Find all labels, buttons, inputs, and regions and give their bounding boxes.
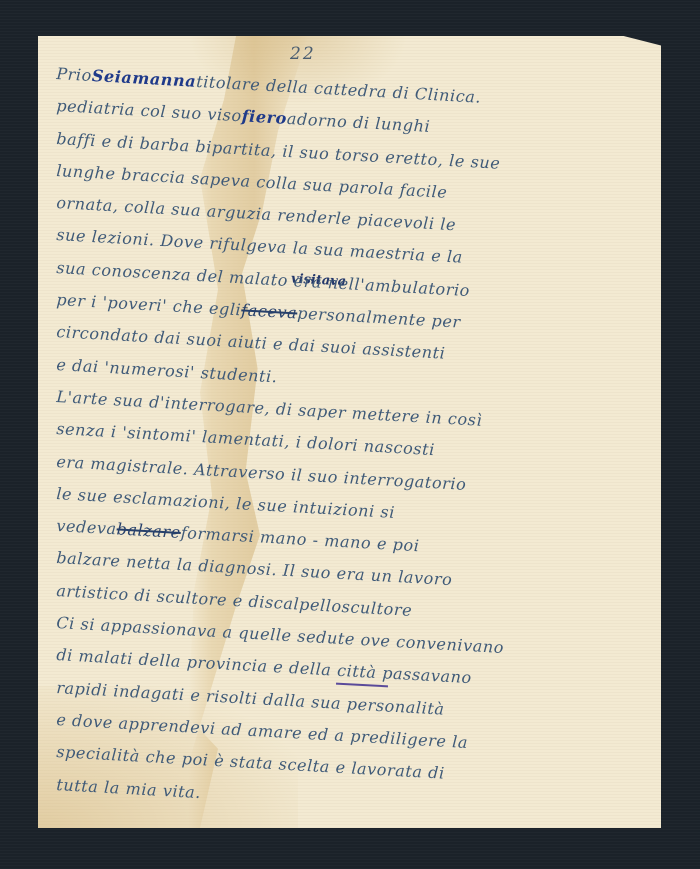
inserted-word: fiero <box>241 107 287 128</box>
line-text: scultore <box>341 597 413 620</box>
line-text: vedeva <box>56 516 117 538</box>
struck-word: faceva <box>241 300 298 322</box>
manuscript-page: 22 visitava Prio Seiamanna titolare dell… <box>38 36 661 828</box>
underlined-word: scalpello <box>265 592 343 615</box>
handwritten-text-body: Prio Seiamanna titolare della cattedra d… <box>56 64 646 807</box>
line-text: Prio <box>56 64 93 85</box>
inserted-name: Seiamanna <box>91 66 196 91</box>
line-text: titolare della cattedra di Clinica. <box>196 72 482 107</box>
page-number: 22 <box>290 44 316 64</box>
struck-word: balzare <box>116 520 181 543</box>
